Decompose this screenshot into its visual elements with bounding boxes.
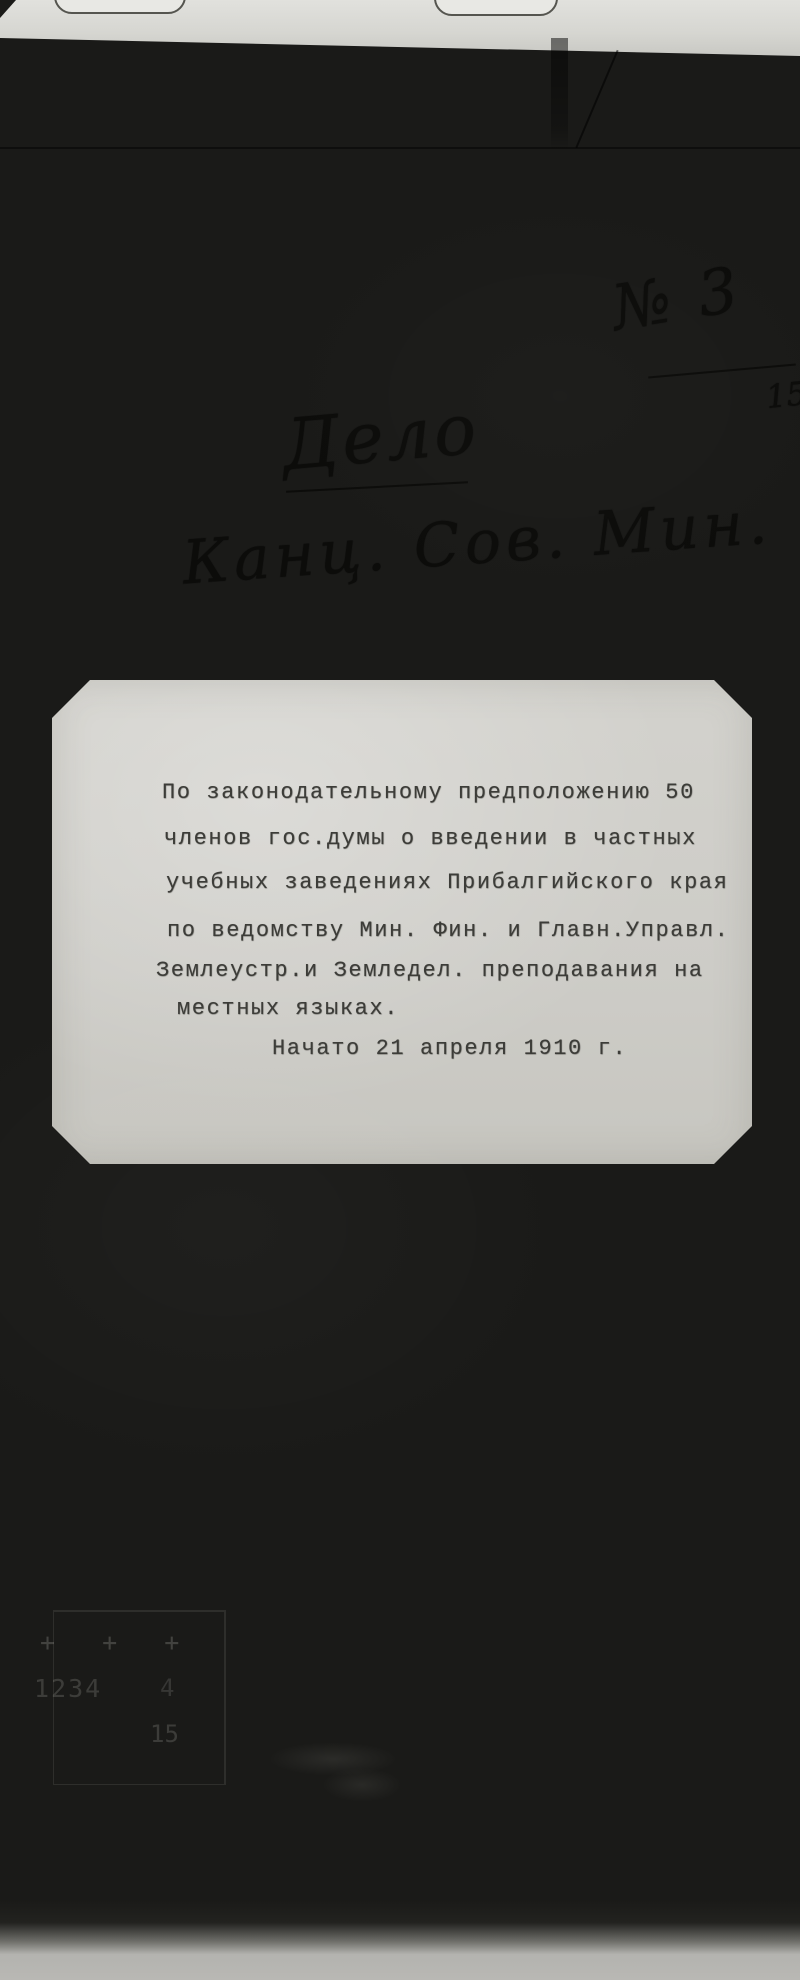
stamp-digits: 15: [150, 1720, 179, 1748]
handwritten-case-number: № 3: [607, 252, 747, 344]
typed-line: по ведомству Мин. Фин. и Главн.Управл.: [167, 918, 729, 943]
typed-line: учебных заведениях Прибалгийского края: [166, 870, 728, 895]
handwritten-office-line: Канц. Сов. Мин.: [180, 487, 774, 598]
ink-smudge: [322, 1768, 402, 1802]
sprocket-hole-icon: [434, 0, 558, 16]
label-corner-notch: [10, 1126, 89, 1205]
handwritten-case-number-secondary: 15: [764, 374, 800, 416]
top-film-edge: [0, 0, 800, 60]
film-scratch-vertical: [551, 38, 568, 150]
microfilm-frame: № 3 15 Дело Канц. Сов. Мин. По законодат…: [0, 0, 800, 1980]
film-scratch-diagonal: [575, 50, 618, 148]
stamp-plus-marks: + + +: [40, 1628, 195, 1657]
label-corner-notch: [714, 638, 793, 717]
label-corner-notch: [714, 1126, 793, 1205]
paper-label: По законодательному предположению 50 чле…: [52, 680, 752, 1164]
stamp-digits: 1234: [34, 1674, 102, 1703]
typed-line: членов гос.думы о введении в частных: [164, 826, 697, 851]
typed-line: Землеустр.и Земледел. преподавания на: [156, 958, 704, 983]
bottom-film-edge: [0, 1900, 800, 1980]
label-corner-notch: [10, 638, 89, 717]
handwritten-title: Дело: [279, 388, 482, 487]
typed-line: По законодательному предположению 50: [162, 780, 695, 805]
stamp-digit: 4: [160, 1674, 174, 1702]
film-frame-line: [0, 147, 800, 149]
typed-line: Начато 21 апреля 1910 г.: [272, 1036, 627, 1061]
sprocket-hole-icon: [54, 0, 186, 14]
typed-line: местных языках.: [177, 996, 399, 1021]
